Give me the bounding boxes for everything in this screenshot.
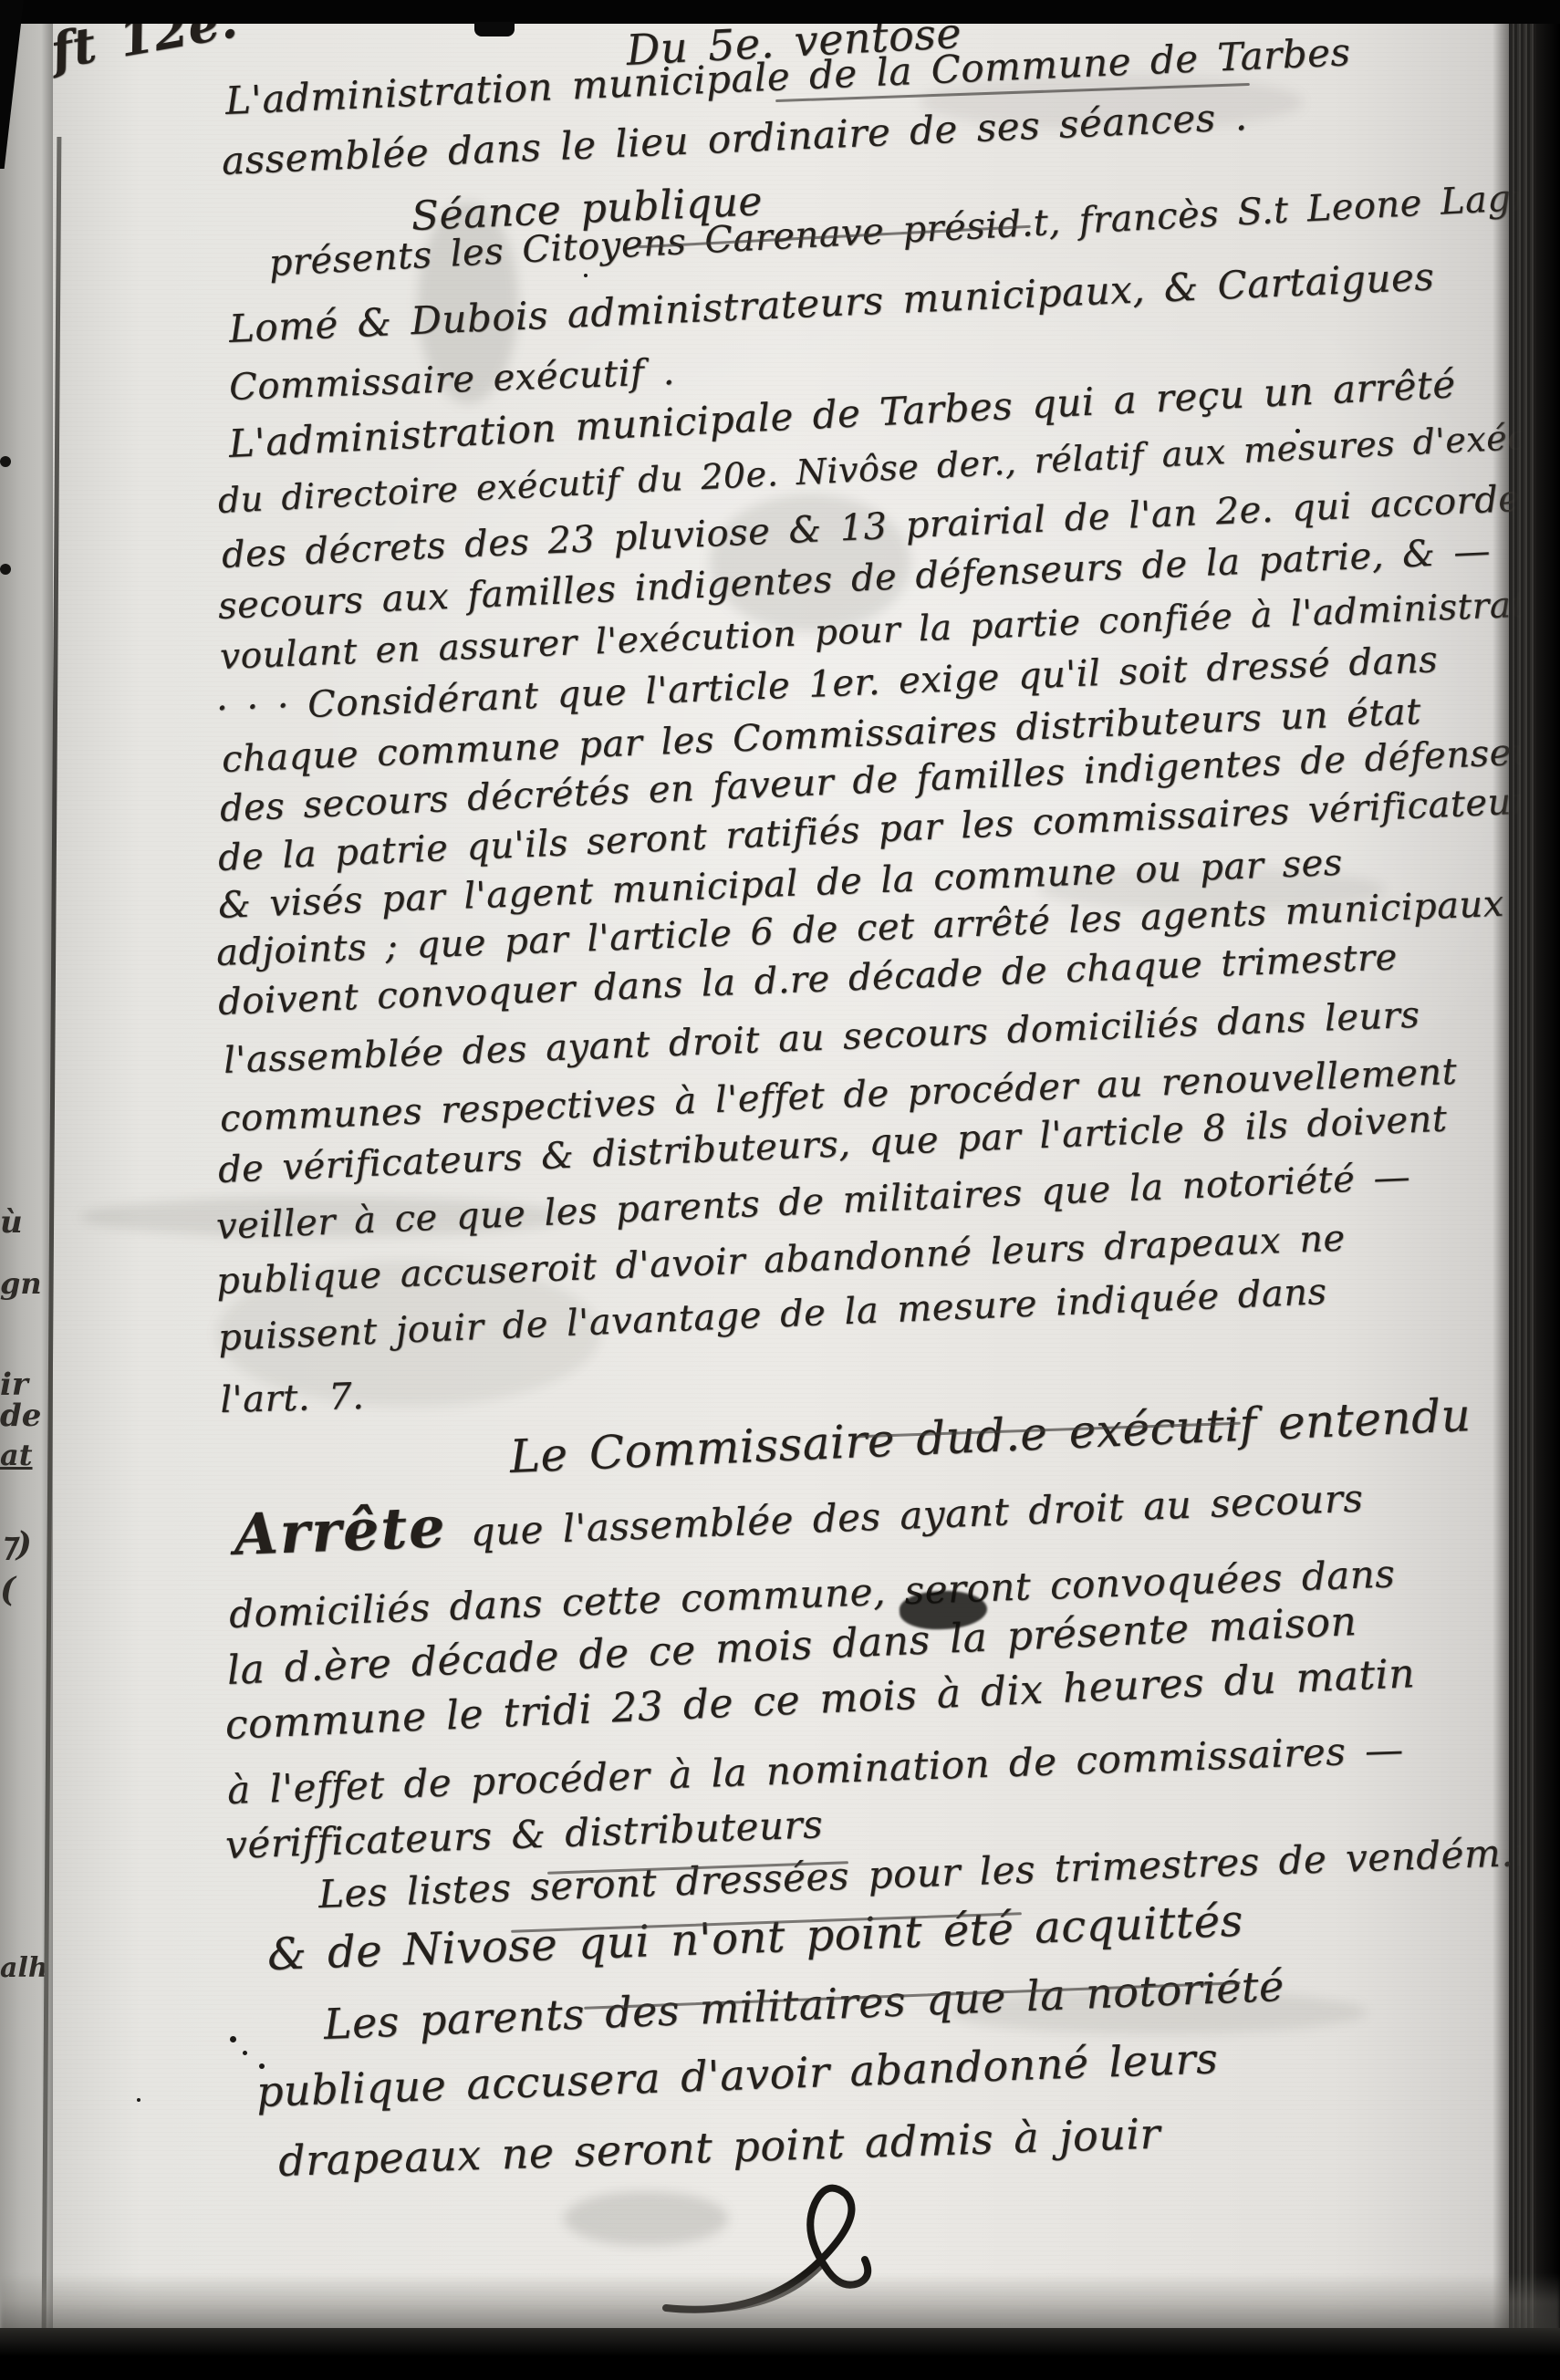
- ink-speck: [584, 274, 588, 277]
- manuscript-scan: ft 12e. Du 5e. ventose L'administration …: [0, 0, 1560, 2380]
- manuscript-line: l'art. 7.: [220, 1376, 365, 1421]
- arrete-word: Arrête: [233, 1493, 448, 1568]
- ink-speck: [230, 2036, 236, 2042]
- margin-ink-fragment: at: [0, 1438, 33, 1472]
- margin-ink-dot: [0, 564, 11, 575]
- scan-border-bottom: [0, 2328, 1560, 2380]
- ink-speck: [259, 2063, 265, 2069]
- margin-ink-dot: [0, 456, 11, 467]
- scan-border-notch: [474, 22, 515, 36]
- margin-ink-fragment: gn: [0, 1266, 42, 1301]
- margin-ink-fragment: alh: [0, 1952, 48, 1984]
- ink-speck: [243, 2051, 247, 2055]
- margin-ink-fragment: de: [0, 1398, 41, 1434]
- ink-speck: [137, 2098, 140, 2102]
- margin-ink-fragment: ù: [0, 1204, 23, 1241]
- scan-border-top: [0, 0, 1560, 24]
- page-edge-streaks: [1513, 0, 1536, 2380]
- margin-ink-fragment: ⁊): [0, 1525, 32, 1564]
- margin-ink-fragment: (: [0, 1571, 16, 1609]
- ink-speck: [1295, 429, 1300, 433]
